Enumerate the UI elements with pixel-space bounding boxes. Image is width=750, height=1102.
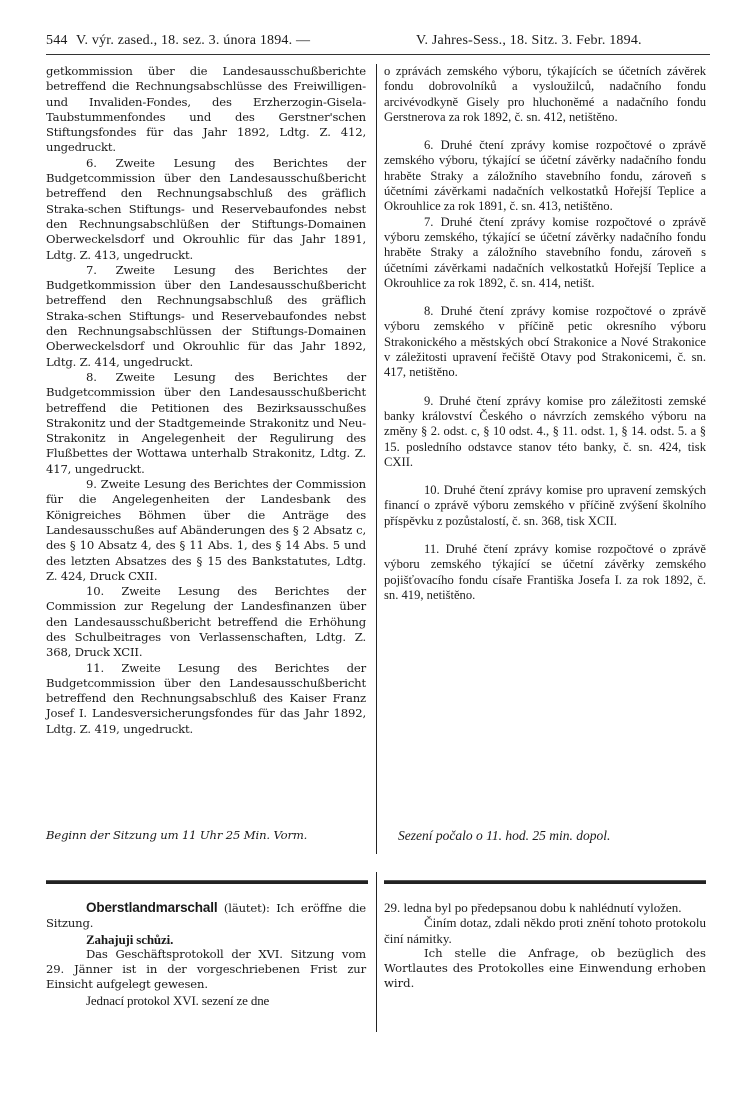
agenda-item-de-5: getkommission über die Landesausschußber… — [46, 64, 366, 156]
speech-cz-1: Zahajuji schůzi. — [46, 932, 366, 947]
section-rule-right — [384, 880, 706, 884]
agenda-item-cz-10: 10. Druhé čtení zprávy komise pro uprave… — [384, 483, 706, 529]
header-czech: V. výr. zased., 18. sez. 3. února 1894. … — [76, 32, 310, 50]
column-separator — [376, 64, 377, 854]
agenda-item-cz-11: 11. Druhé čtení zprávy komise rozpočtové… — [384, 542, 706, 603]
agenda-item-cz-5: o zprávách zemského výboru, týkajících s… — [384, 64, 706, 125]
session-start-de: Beginn der Sitzung um 11 Uhr 25 Min. Vor… — [46, 828, 366, 843]
agenda-item-de-7: 7. Zweite Lesung des Berichtes der Budge… — [46, 263, 366, 370]
bottom-right-column: 29. ledna byl po předepsanou dobu k nahl… — [384, 900, 706, 992]
agenda-item-de-6: 6. Zweite Lesung des Berichtes der Budge… — [46, 156, 366, 263]
column-separator-lower — [376, 872, 377, 1032]
page-number: 544 — [46, 32, 68, 50]
speaker-note: (läutet): — [224, 901, 270, 915]
bottom-left-column: Oberstlandmarschall (läutet): Ich eröffn… — [46, 900, 366, 1008]
speech-cz-2: Jednací protokol XVI. sezení ze dne — [46, 993, 366, 1008]
session-start-cz: Sezení počalo o 11. hod. 25 min. dopol. — [384, 828, 720, 843]
speech-de-2: Das Geschäftsprotokoll der XVI. Sitzung … — [46, 947, 366, 993]
header-german: V. Jahres-Sess., 18. Sitz. 3. Febr. 1894… — [416, 32, 642, 50]
agenda-item-cz-9: 9. Druhé čtení zprávy komise pro záležit… — [384, 394, 706, 470]
agenda-item-cz-8: 8. Druhé čtení zprávy komise rozpočtové … — [384, 304, 706, 380]
section-rule-left — [46, 880, 368, 884]
header-rule — [46, 54, 710, 55]
agenda-item-cz-7: 7. Druhé čtení zprávy komise rozpočtové … — [384, 215, 706, 291]
agenda-item-de-10: 10. Zweite Lesung des Berichtes der Comm… — [46, 584, 366, 660]
speech-de-3: Ich stelle die Anfrage, ob bezüglich des… — [384, 946, 706, 992]
speaker-name: Oberstlandmarschall — [86, 900, 217, 915]
agenda-item-de-8: 8. Zweite Lesung des Berichtes der Budge… — [46, 370, 366, 477]
speech-cz-3: Činím dotaz, zdali někdo proti znění toh… — [384, 915, 706, 946]
document-page: 544 V. výr. zased., 18. sez. 3. února 18… — [46, 0, 710, 1102]
agenda-item-de-9: 9. Zweite Lesung des Berichtes der Commi… — [46, 477, 366, 584]
left-column: getkommission über die Landesausschußber… — [46, 64, 366, 737]
agenda-item-de-11: 11. Zweite Lesung des Berichtes der Budg… — [46, 661, 366, 737]
speech-cz-2-continued: 29. ledna byl po předepsanou dobu k nahl… — [384, 900, 706, 915]
agenda-item-cz-6: 6. Druhé čtení zprávy komise rozpočtové … — [384, 138, 706, 214]
right-column: o zprávách zemského výboru, týkajících s… — [384, 64, 706, 603]
page-header: 544 V. výr. zased., 18. sez. 3. února 18… — [46, 32, 710, 50]
